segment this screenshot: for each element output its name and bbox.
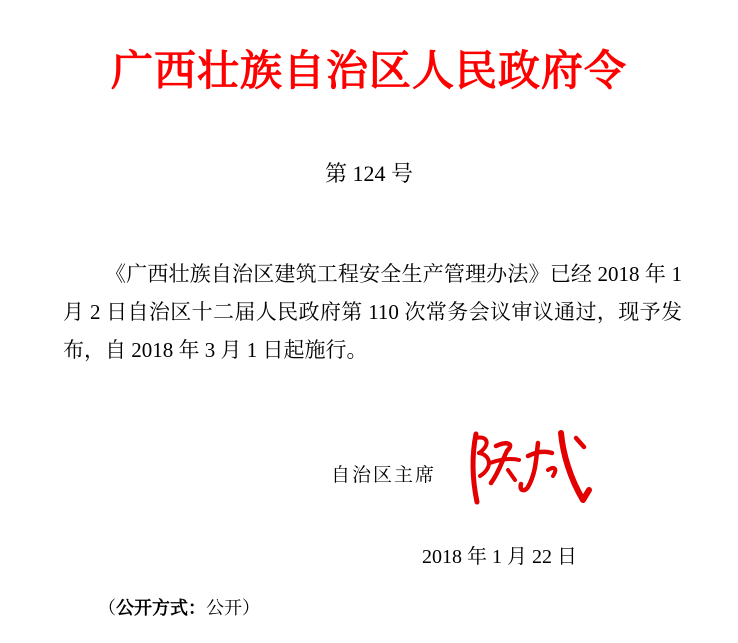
document-number: 第 124 号 [0,157,738,188]
signature-name-text: 陈武 [0,420,1,421]
signature-handwriting-image [460,426,600,516]
publicity-label: 公开方式： [116,598,206,618]
document-date: 2018 年 1 月 22 日 [422,540,577,569]
publicity-value: 公开 [206,598,242,618]
publicity-paren-open: （ [98,598,116,618]
document-title: 广西壮族自治区人民政府令 [0,38,738,98]
government-order-document: 广西壮族自治区人民政府令 第 124 号 《广西壮族自治区建筑工程安全生产管理办… [0,0,738,643]
signature-row: 自治区主席 陈武 [0,420,738,520]
publicity-paren-close: ） [242,598,260,618]
document-body-paragraph: 《广西壮族自治区建筑工程安全生产管理办法》已经 2018 年 1 月 2 日自治… [63,255,682,369]
publicity-line: （公开方式：公开） [98,594,260,620]
signer-title: 自治区主席 [331,460,436,487]
